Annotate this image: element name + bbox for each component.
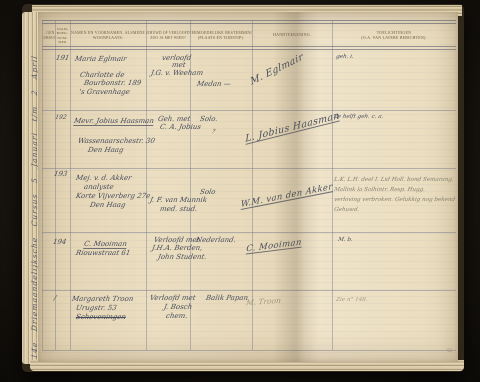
row-4-name-line: Riouwstraat 61: [75, 249, 131, 257]
row-3-notes-line: Mallink la Solhintr. Resp. Hugg.: [333, 186, 425, 194]
row-5-engaged-line: chem.: [165, 312, 188, 320]
row-2-destination-mark: ?: [211, 128, 215, 136]
ledger-photo: 14e Driemaandelijksche Cursus 5 Januari …: [0, 0, 480, 382]
header-text: WOONPLAATS.: [93, 36, 123, 41]
row-4-engaged-line: Verloofd met: [153, 236, 200, 244]
row-3-engaged-line: J. F. van Munnik: [149, 196, 207, 204]
row-divider: [42, 110, 456, 111]
header-bottom-line: [42, 46, 456, 47]
row-2-destination: Solo.: [199, 115, 218, 123]
row-5-destination: Balik Papan: [205, 294, 248, 302]
row-2-name-line: Mevr. Jobius Haasman: [73, 117, 154, 126]
table-top-line-2: [42, 23, 456, 24]
header-cell-toelichtingen: TOELICHTINGEN (O.A. VAN LATERE BERICHTEN…: [332, 25, 456, 46]
row-1-signature: M. Eglmair: [250, 53, 304, 86]
row-4-engaged-line: John Student.: [157, 253, 207, 261]
row-5-engaged-line: Verloofd met: [149, 294, 196, 302]
row-5-number: ∕: [53, 294, 57, 302]
row-2-notes-line: 2e helft geh. c. a.: [333, 113, 384, 121]
row-1-engaged-line: J.G. v. Weeham: [150, 69, 204, 77]
column-divider: [146, 20, 147, 350]
header-text: CURSUS: [42, 36, 55, 40]
row-1-name-line: Charlotte de: [79, 71, 125, 79]
row-2-engaged-line: C. A. Jobius: [159, 123, 201, 131]
register-book: 14e Driemaandelijksche Cursus 5 Januari …: [22, 4, 464, 372]
row-1-name-line: Maria Eglmair: [74, 55, 127, 63]
row-2-engaged-line: Geh. met: [157, 115, 191, 123]
row-4-notes-line: M. b.: [337, 236, 353, 244]
row-5-name-line: Margareth Troon: [71, 295, 134, 303]
row-1-name-line: Bourbonstr. 189: [83, 79, 142, 87]
header-cell-bestemming: VERMOEDELIJKE BESTEMMING (PLAATS EN TIJD…: [190, 25, 252, 46]
row-4-signature: C. Mooiman: [246, 239, 302, 255]
row-4-number: 194: [52, 238, 67, 246]
row-5-notes-line: Zie n° 148.: [335, 296, 368, 304]
row-2-name-line: Den Haag: [87, 146, 124, 154]
open-page-spread: …GEN CURSUS STAM- BOEK- NUM- MER NAMEN E…: [38, 12, 458, 362]
row-3-name-line: Korte Vijverberg 27e: [75, 192, 151, 200]
row-1-name-line: 's Gravenhage: [78, 88, 130, 96]
row-2-signature: L. Jobius Haasman: [245, 112, 340, 145]
page-number: 42: [446, 348, 452, 354]
row-5-engaged-line: J. Bosch: [163, 303, 193, 311]
row-divider: [42, 168, 456, 169]
header-text: ZOO JA MET WIEN?: [150, 36, 186, 41]
header-text: (PLAATS EN TIJDSTIP).: [198, 36, 244, 41]
row-2-number: 192: [54, 114, 67, 122]
row-4-engaged-line: J.H.A. Berden,: [151, 244, 203, 252]
header-text: HANDTEEKENING.: [273, 33, 311, 38]
row-3-name-line: Den Haag: [89, 201, 126, 209]
row-divider: [42, 232, 456, 233]
row-4-destination: Nederland.: [195, 236, 236, 244]
row-3-destination: Solo: [199, 188, 216, 196]
row-3-name-line: Mej. v. d. Akker: [75, 174, 132, 182]
row-4-name-line: C. Mooiman: [83, 240, 127, 249]
row-5-signature: M. Troon: [246, 297, 282, 308]
row-1-destination: Medan —: [196, 80, 231, 88]
row-divider: [42, 290, 456, 291]
row-5-name-line: Scheveningen: [75, 313, 126, 321]
row-1-engaged-line: met: [171, 61, 186, 69]
table-bottom-line: [42, 350, 456, 351]
row-1-notes-line: geh. i.: [335, 53, 354, 61]
column-divider: [42, 20, 43, 350]
row-1-number: 191: [55, 54, 70, 62]
row-5-name-line: Urugstr. 53: [75, 304, 117, 312]
row-3-notes-line: Gehuwd.: [333, 206, 360, 214]
header-cell-handteekening: HANDTEEKENING.: [252, 25, 332, 46]
header-cell-cursus: …GEN CURSUS: [42, 25, 55, 46]
row-3-name-line: analyste: [83, 183, 114, 191]
header-cell-gehuwd: GEHUWD OF VERLOOFD? ZOO JA MET WIEN?: [146, 25, 190, 46]
header-cell-stamboeknummer: STAM- BOEK- NUM- MER: [55, 25, 70, 46]
row-3-signature: W.M. van den Akker: [241, 183, 333, 210]
row-3-number: 193: [53, 170, 68, 178]
row-3-engaged-line: med. stud.: [159, 205, 198, 213]
header-cell-namen: NAMEN EN VOORNAMEN, ALSMEDE WOONPLAATS.: [70, 25, 146, 46]
header-bottom-line-2: [42, 49, 456, 50]
row-2-name-line: Wassenaarschestr. 30: [77, 137, 155, 145]
table-top-line: [42, 20, 456, 21]
row-3-notes-line: verloving verbroken. Gelukkig nog bekend: [333, 196, 455, 204]
header-text: MER: [58, 40, 66, 44]
header-text: (O.A. VAN LATERE BERICHTEN).: [361, 36, 426, 41]
row-3-notes-line: L.K. L.H. deel I. Lid Holl. bond Semaran…: [333, 176, 454, 184]
